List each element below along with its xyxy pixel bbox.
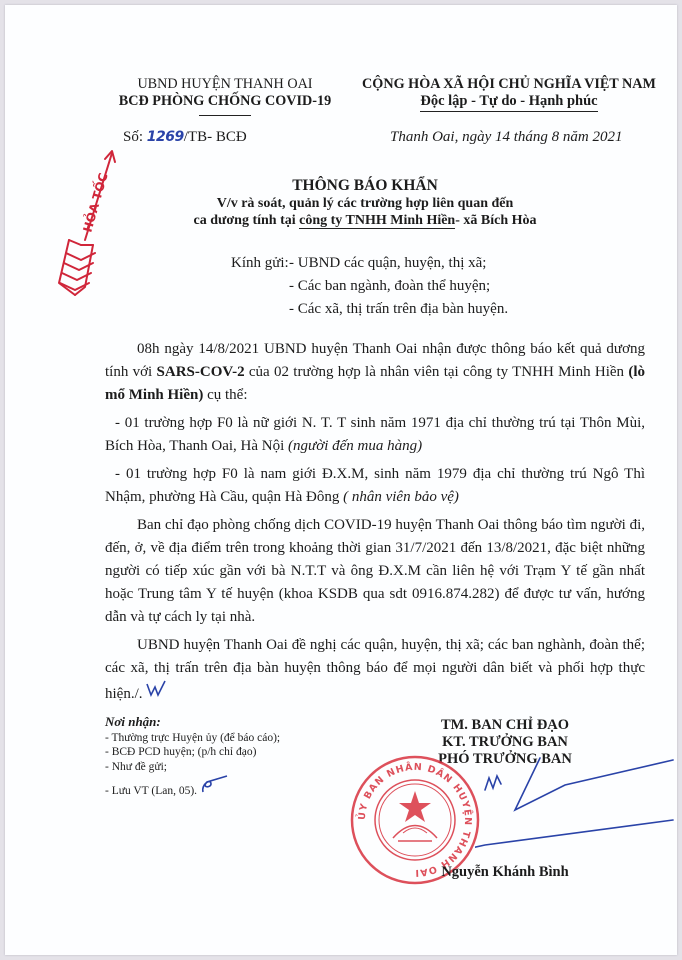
receiver-item: - Thường trực Huyện ủy (để báo cáo); [105,731,280,746]
nation-name: CỘNG HÒA XÃ HỘI CHỦ NGHĨA VIỆT NAM [339,76,679,93]
paragraph-request: UBND huyện Thanh Oai đề nghị các quận, h… [105,634,645,706]
place-date: Thanh Oai, ngày 14 tháng 8 năm 2021 [390,129,623,146]
document-number: Số: 1269/TB- BCĐ [123,129,247,146]
addressee-item: - Các ban ngành, đoàn thể huyện; [289,275,490,298]
receiver-item: - Lưu VT (Lan, 05). [105,774,280,799]
receivers-list: Nơi nhận: - Thường trực Huyện ủy (để báo… [105,715,280,799]
number-suffix: /TB- BCĐ [184,129,247,145]
issuing-agency-header: UBND HUYỆN THANH OAI BCĐ PHÒNG CHỐNG COV… [85,76,365,116]
handwritten-signature-icon [475,750,675,860]
notice-body: 08h ngày 14/8/2021 UBND huyện Thanh Oai … [105,338,645,711]
national-header: CỘNG HÒA XÃ HỘI CHỦ NGHĨA VIỆT NAM Độc l… [339,76,679,112]
paragraph-intro: 08h ngày 14/8/2021 UBND huyện Thanh Oai … [105,338,645,407]
notice-subject-line-2: ca dương tính tại công ty TNHH Minh Hiền… [155,212,575,229]
urgent-arrow-stamp-icon: HỎA TỐC [17,145,127,315]
committee-name: BCĐ PHÒNG CHỐNG COVID-19 [85,93,365,110]
document-page: UBND HUYỆN THANH OAI BCĐ PHÒNG CHỐNG COV… [5,5,677,955]
receivers-heading: Nơi nhận: [105,715,280,730]
header-divider [199,115,251,116]
initial-signature-icon [197,774,237,794]
signatory-line-1: TM. BAN CHỈ ĐẠO [405,717,605,734]
addressee-item: - UBND các quận, huyện, thị xã; [289,252,486,275]
notice-title: THÔNG BÁO KHẨN V/v rà soát, quản lý các … [155,176,575,229]
addressees: Kính gửi:- UBND các quận, huyện, thị xã;… [231,252,508,321]
paragraph-instructions: Ban chỉ đạo phòng chống dịch COVID-19 hu… [105,514,645,629]
initial-mark-icon [143,680,169,698]
notice-heading: THÔNG BÁO KHẨN [155,176,575,195]
urgent-stamp-text: HỎA TỐC [78,170,111,233]
notice-subject-line-1: V/v rà soát, quản lý các trường hợp liên… [155,195,575,212]
receiver-item: - BCĐ PCD huyện; (p/h chỉ đạo) [105,745,280,760]
national-motto: Độc lập - Tự do - Hạnh phúc [420,93,597,112]
handwritten-number: 1269 [147,129,184,145]
case-item-2: - 01 trường hợp F0 là nam giới Đ.X.M, si… [105,463,645,509]
addressee-item: - Các xã, thị trấn trên địa bàn huyện. [289,298,508,321]
signatory-line-2: KT. TRƯỞNG BAN [405,734,605,751]
signer-name: Nguyễn Khánh Bình [405,864,605,881]
case-item-1: - 01 trường hợp F0 là nữ giới N. T. T si… [105,412,645,458]
number-label: Số: [123,129,147,145]
addressees-label: Kính gửi: [231,252,289,275]
agency-name: UBND HUYỆN THANH OAI [85,76,365,93]
receiver-item: - Như đề gửi; [105,760,280,775]
